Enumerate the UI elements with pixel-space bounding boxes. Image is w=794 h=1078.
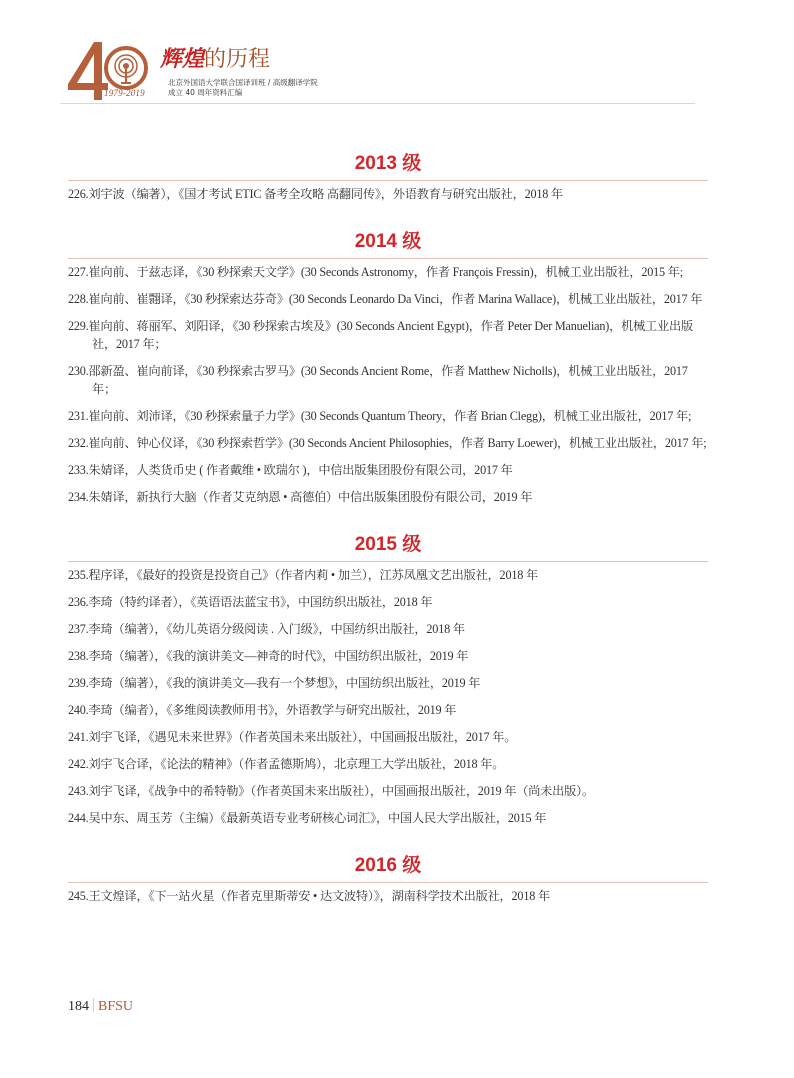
list-item: 229.崔向前、蒋丽军、刘阳译，《30 秒探索古埃及》(30 Seconds A… <box>68 317 708 353</box>
list-item: 226.刘宇波（编著），《国才考试 ETIC 备考全攻略 高翻同传》，外语教育与… <box>68 185 708 203</box>
publication-list: 2013 级 226.刘宇波（编著），《国才考试 ETIC 备考全攻略 高翻同传… <box>68 150 708 914</box>
list-item: 230.邵新盈、崔向前译，《30 秒探索古罗马》(30 Seconds Anci… <box>68 362 708 398</box>
section-title: 2016 级 <box>68 852 708 882</box>
list-item: 227.崔向前、于兹志译，《30 秒探索天文学》(30 Seconds Astr… <box>68 263 708 281</box>
header-divider <box>60 103 695 104</box>
list-item: 244.吴中东、周玉芳（主编）《最新英语专业考研核心词汇》，中国人民大学出版社，… <box>68 809 708 827</box>
list-item: 243.刘宇飞译，《战争中的希特勒》（作者英国未来出版社），中国画报出版社，20… <box>68 782 708 800</box>
section-2016: 2016 级 245.王文煌译，《下一站火星（作者克里斯蒂安 • 达文波特）》，… <box>68 852 708 905</box>
section-divider <box>68 561 708 562</box>
section-2015: 2015 级 235.程序译，《最好的投资是投资自己》（作者内莉 • 加兰），江… <box>68 531 708 827</box>
section-2013: 2013 级 226.刘宇波（编著），《国才考试 ETIC 备考全攻略 高翻同传… <box>68 150 708 203</box>
list-item: 232.崔向前、钟心仪译，《30 秒探索哲学》(30 Seconds Ancie… <box>68 434 708 452</box>
list-item: 228.崔向前、崔翾译，《30 秒探索达芬奇》(30 Seconds Leona… <box>68 290 708 308</box>
section-divider <box>68 258 708 259</box>
list-item: 240.李琦（编者），《多维阅读教师用书》，外语教学与研究出版社，2019 年 <box>68 701 708 719</box>
subtitle-line-2: 成立 40 周年资料汇编 <box>168 88 318 98</box>
list-item: 235.程序译，《最好的投资是投资自己》（作者内莉 • 加兰），江苏凤凰文艺出版… <box>68 566 708 584</box>
list-item: 242.刘宇飞合译，《论法的精神》（作者孟德斯鸠），北京理工大学出版社，2018… <box>68 755 708 773</box>
list-item: 233.朱婧译，人类货币史 ( 作者戴维 • 欧瑞尔 )，中信出版集团股份有限公… <box>68 461 708 479</box>
publication-title: 辉煌的历程 <box>160 46 270 73</box>
page-number: 184 <box>68 999 89 1014</box>
list-item: 238.李琦（编著），《我的演讲美文—神奇的时代》，中国纺织出版社，2019 年 <box>68 647 708 665</box>
list-item: 236.李琦（特约译者），《英语语法蓝宝书》，中国纺织出版社，2018 年 <box>68 593 708 611</box>
page-footer: 184BFSU <box>68 998 133 1016</box>
section-2014: 2014 级 227.崔向前、于兹志译，《30 秒探索天文学》(30 Secon… <box>68 228 708 506</box>
list-item: 231.崔向前、刘沛译，《30 秒探索量子力学》(30 Seconds Quan… <box>68 407 708 425</box>
title-highlight: 辉煌 <box>160 46 204 72</box>
subtitle-line-1: 北京外国语大学联合国译训班 / 高级翻译学院 <box>168 78 318 88</box>
footer-brand: BFSU <box>98 999 133 1014</box>
section-divider <box>68 180 708 181</box>
list-item: 245.王文煌译，《下一站火星（作者克里斯蒂安 • 达文波特）》，湖南科学技术出… <box>68 887 708 905</box>
footer-separator <box>93 998 94 1012</box>
publication-subtitle: 北京外国语大学联合国译训班 / 高级翻译学院 成立 40 周年资料汇编 <box>168 78 318 98</box>
list-item: 234.朱婧译，新执行大脑（作者艾克纳恩 • 高德伯）中信出版集团股份有限公司，… <box>68 488 708 506</box>
logo-years: 1979-2019 <box>104 88 145 98</box>
list-item: 237.李琦（编著），《幼儿英语分级阅读 . 入门级》，中国纺织出版社，2018… <box>68 620 708 638</box>
title-rest: 的历程 <box>204 47 270 72</box>
section-title: 2014 级 <box>68 228 708 258</box>
section-title: 2015 级 <box>68 531 708 561</box>
list-item: 239.李琦（编著），《我的演讲美文—我有一个梦想》，中国纺织出版社，2019 … <box>68 674 708 692</box>
list-item: 241.刘宇飞译，《遇见未来世界》（作者英国未来出版社），中国画报出版社，201… <box>68 728 708 746</box>
section-divider <box>68 882 708 883</box>
section-title: 2013 级 <box>68 150 708 180</box>
page-header: 1979-2019 辉煌的历程 北京外国语大学联合国译训班 / 高级翻译学院 成… <box>60 38 700 108</box>
